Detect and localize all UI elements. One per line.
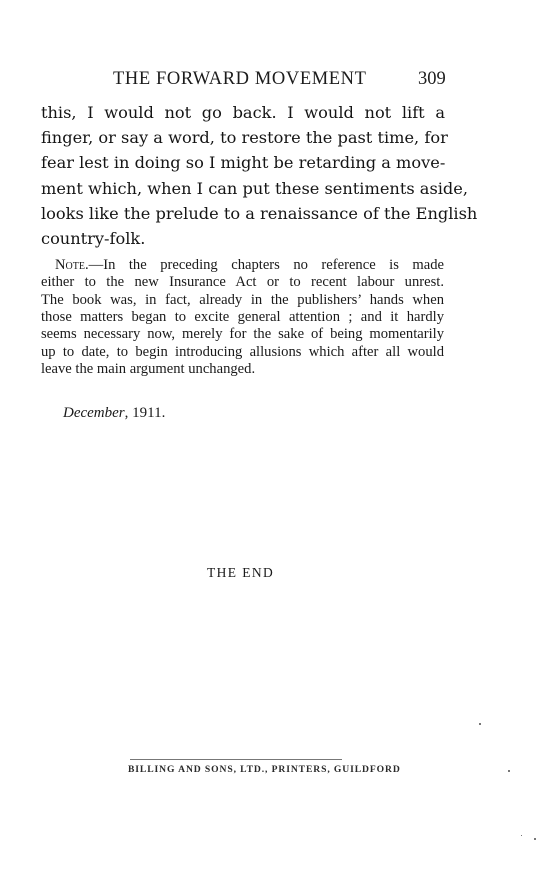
note-line: up to date, to begin introducing allusio… bbox=[41, 344, 444, 361]
body-line: country-folk. bbox=[41, 226, 445, 251]
body-paragraph: this, I would not go back. I would not l… bbox=[41, 100, 445, 251]
scan-speck bbox=[534, 838, 536, 840]
dateline: December, 1911. bbox=[63, 405, 165, 422]
book-page: THE FORWARD MOVEMENT 309 this, I would n… bbox=[0, 0, 552, 883]
author-note: Note.—In the preceding chapters no refer… bbox=[41, 257, 444, 378]
note-label: Note. bbox=[55, 257, 89, 273]
note-line: The book was, in fact, already in the pu… bbox=[41, 292, 444, 309]
scan-speck bbox=[521, 835, 522, 836]
scan-speck bbox=[508, 770, 510, 772]
page-number: 309 bbox=[418, 69, 446, 90]
scan-speck bbox=[479, 723, 481, 725]
note-line: those matters began to excite general at… bbox=[41, 309, 444, 326]
body-line: this, I would not go back. I would not l… bbox=[41, 100, 445, 125]
note-line: Note.—In the preceding chapters no refer… bbox=[41, 257, 444, 274]
the-end-heading: THE END bbox=[207, 565, 274, 581]
body-line: looks like the prelude to a renaissance … bbox=[41, 201, 445, 226]
note-first-line-text: —In the preceding chapters no reference … bbox=[89, 257, 444, 273]
body-line: fear lest in doing so I might be retardi… bbox=[41, 150, 445, 175]
body-line: ment which, when I can put these sentime… bbox=[41, 176, 445, 201]
dateline-year: , 1911. bbox=[125, 405, 166, 421]
printer-colophon: BILLING AND SONS, LTD., PRINTERS, GUILDF… bbox=[128, 764, 401, 775]
note-line: seems necessary now, merely for the sake… bbox=[41, 326, 444, 343]
colophon-rule bbox=[130, 759, 342, 760]
note-line: leave the main argument unchanged. bbox=[41, 361, 444, 378]
running-header-title: THE FORWARD MOVEMENT bbox=[113, 69, 367, 90]
note-line: either to the new Insurance Act or to re… bbox=[41, 274, 444, 291]
dateline-month: December bbox=[63, 405, 125, 421]
body-line: finger, or say a word, to restore the pa… bbox=[41, 125, 445, 150]
